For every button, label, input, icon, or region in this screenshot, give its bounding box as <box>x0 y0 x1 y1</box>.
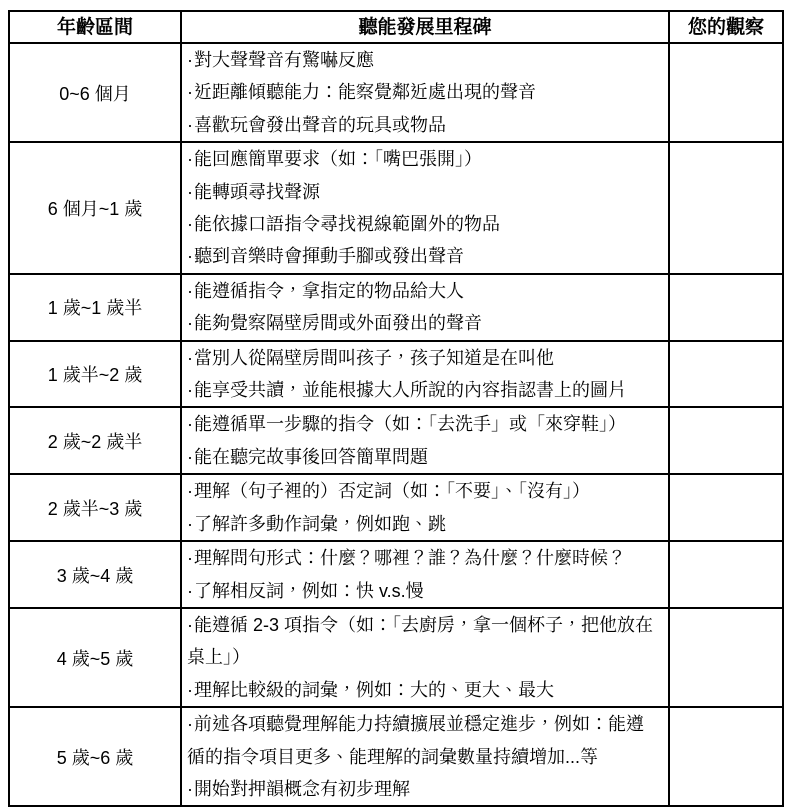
milestone-item: ·能依據口語指令尋找視線範圍外的物品 <box>187 208 656 240</box>
table-row: 2 歲半~3 歲·理解（句子裡的）否定詞（如：「不要」、「沒有」）·了解許多動作… <box>9 474 783 541</box>
header-age-range: 年齡區間 <box>9 11 181 43</box>
table-row: 6 個月~1 歲·能回應簡單要求（如：「嘴巴張開」）·能轉頭尋找聲源·能依據口語… <box>9 142 783 274</box>
bullet-dot: · <box>187 348 193 368</box>
milestones-cell: ·當別人從隔壁房間叫孩子，孩子知道是在叫他·能享受共讀，並能根據大人所說的內容指… <box>181 341 669 408</box>
table-body: 0~6 個月·對大聲聲音有驚嚇反應·近距離傾聽能力：能察覺鄰近處出現的聲音·喜歡… <box>9 43 783 787</box>
milestone-text: 能遵循 2-3 項指令（如：「去廚房，拿一個杯子，把他放在桌上」） <box>187 615 653 667</box>
milestone-text: 對大聲聲音有驚嚇反應 <box>194 50 374 70</box>
observation-cell[interactable] <box>669 407 783 474</box>
milestones-cell: ·能回應簡單要求（如：「嘴巴張開」）·能轉頭尋找聲源·能依據口語指令尋找視線範圍… <box>181 142 669 274</box>
milestone-text: 開始對押韻概念有初步理解 <box>194 779 410 787</box>
milestone-item: ·當別人從隔壁房間叫孩子，孩子知道是在叫他 <box>187 342 656 374</box>
bullet-dot: · <box>187 115 193 135</box>
table-row: 1 歲~1 歲半·能遵循指令，拿指定的物品給大人·能夠覺察隔壁房間或外面發出的聲… <box>9 274 783 341</box>
milestone-item: ·能回應簡單要求（如：「嘴巴張開」） <box>187 143 656 175</box>
milestone-item: ·前述各項聽覺理解能力持續擴展並穩定進步，例如：能遵循的指令項目更多、能理解的詞… <box>187 708 656 773</box>
milestone-item: ·理解問句形式：什麼？哪裡？誰？為什麼？什麼時候？ <box>187 542 656 574</box>
age-range-cell: 2 歲~2 歲半 <box>9 407 181 474</box>
milestone-item: ·能遵循 2-3 項指令（如：「去廚房，拿一個杯子，把他放在桌上」） <box>187 609 656 674</box>
milestone-item: ·能在聽完故事後回答簡單問題 <box>187 441 656 473</box>
table-row: 5 歲~6 歲·前述各項聽覺理解能力持續擴展並穩定進步，例如：能遵循的指令項目更… <box>9 707 783 787</box>
milestone-item: ·能遵循單一步驟的指令（如：「去洗手」或「來穿鞋」） <box>187 408 656 440</box>
age-range-cell: 5 歲~6 歲 <box>9 707 181 787</box>
milestones-cell: ·理解問句形式：什麼？哪裡？誰？為什麼？什麼時候？·了解相反詞，例如：快 v.s… <box>181 541 669 608</box>
milestone-text: 能在聽完故事後回答簡單問題 <box>194 447 428 467</box>
age-range-cell: 1 歲半~2 歲 <box>9 341 181 408</box>
hearing-milestones-table: 年齡區間 聽能發展里程碑 您的觀察 0~6 個月·對大聲聲音有驚嚇反應·近距離傾… <box>8 10 784 787</box>
age-range-cell: 0~6 個月 <box>9 43 181 142</box>
milestones-cell: ·能遵循單一步驟的指令（如：「去洗手」或「來穿鞋」）·能在聽完故事後回答簡單問題 <box>181 407 669 474</box>
bullet-dot: · <box>187 615 193 635</box>
observation-cell[interactable] <box>669 707 783 787</box>
age-range-cell: 6 個月~1 歲 <box>9 142 181 274</box>
table-row: 1 歲半~2 歲·當別人從隔壁房間叫孩子，孩子知道是在叫他·能享受共讀，並能根據… <box>9 341 783 408</box>
observation-cell[interactable] <box>669 142 783 274</box>
observation-cell[interactable] <box>669 274 783 341</box>
bullet-dot: · <box>187 214 193 234</box>
milestone-item: ·近距離傾聽能力：能察覺鄰近處出現的聲音 <box>187 76 656 108</box>
bullet-dot: · <box>187 313 193 333</box>
milestone-item: ·聽到音樂時會揮動手腳或發出聲音 <box>187 240 656 272</box>
milestone-text: 當別人從隔壁房間叫孩子，孩子知道是在叫他 <box>194 348 554 368</box>
milestones-cell: ·理解（句子裡的）否定詞（如：「不要」、「沒有」）·了解許多動作詞彙，例如跑、跳 <box>181 474 669 541</box>
milestone-item: ·對大聲聲音有驚嚇反應 <box>187 44 656 76</box>
milestone-text: 能依據口語指令尋找視線範圍外的物品 <box>194 214 500 234</box>
observation-cell[interactable] <box>669 43 783 142</box>
table-row: 0~6 個月·對大聲聲音有驚嚇反應·近距離傾聽能力：能察覺鄰近處出現的聲音·喜歡… <box>9 43 783 142</box>
milestones-cell: ·能遵循指令，拿指定的物品給大人·能夠覺察隔壁房間或外面發出的聲音 <box>181 274 669 341</box>
milestones-cell: ·能遵循 2-3 項指令（如：「去廚房，拿一個杯子，把他放在桌上」）·理解比較級… <box>181 608 669 707</box>
milestones-cell: ·對大聲聲音有驚嚇反應·近距離傾聽能力：能察覺鄰近處出現的聲音·喜歡玩會發出聲音… <box>181 43 669 142</box>
bullet-dot: · <box>187 82 193 102</box>
milestone-item: ·開始對押韻概念有初步理解 <box>187 773 656 787</box>
bullet-dot: · <box>187 182 193 202</box>
milestone-text: 近距離傾聽能力：能察覺鄰近處出現的聲音 <box>194 82 536 102</box>
observation-cell[interactable] <box>669 341 783 408</box>
milestone-item: ·喜歡玩會發出聲音的玩具或物品 <box>187 109 656 141</box>
milestone-text: 能遵循指令，拿指定的物品給大人 <box>194 281 464 301</box>
milestone-text: 能遵循單一步驟的指令（如：「去洗手」或「來穿鞋」） <box>194 414 626 434</box>
milestone-text: 能享受共讀，並能根據大人所說的內容指認書上的圖片 <box>194 380 626 400</box>
milestone-item: ·能夠覺察隔壁房間或外面發出的聲音 <box>187 307 656 339</box>
bullet-dot: · <box>187 149 193 169</box>
observation-cell[interactable] <box>669 541 783 608</box>
bullet-dot: · <box>187 50 193 70</box>
bullet-dot: · <box>187 680 193 700</box>
milestone-item: ·能享受共讀，並能根據大人所說的內容指認書上的圖片 <box>187 374 656 406</box>
milestone-text: 能回應簡單要求（如：「嘴巴張開」） <box>194 149 482 169</box>
milestone-item: ·理解比較級的詞彙，例如：大的、更大、最大 <box>187 674 656 706</box>
header-milestones: 聽能發展里程碑 <box>181 11 669 43</box>
age-range-cell: 3 歲~4 歲 <box>9 541 181 608</box>
milestone-text: 聽到音樂時會揮動手腳或發出聲音 <box>194 246 464 266</box>
bullet-dot: · <box>187 714 193 734</box>
milestone-item: ·能遵循指令，拿指定的物品給大人 <box>187 275 656 307</box>
header-row: 年齡區間 聽能發展里程碑 您的觀察 <box>9 11 783 43</box>
milestone-text: 了解相反詞，例如：快 v.s.慢 <box>194 581 424 601</box>
table-header: 年齡區間 聽能發展里程碑 您的觀察 <box>9 11 783 43</box>
bullet-dot: · <box>187 481 193 501</box>
milestone-text: 喜歡玩會發出聲音的玩具或物品 <box>194 115 446 135</box>
bullet-dot: · <box>187 380 193 400</box>
bullet-dot: · <box>187 779 193 787</box>
milestone-text: 了解許多動作詞彙，例如跑、跳 <box>194 514 446 534</box>
observation-cell[interactable] <box>669 608 783 707</box>
table-row: 2 歲~2 歲半·能遵循單一步驟的指令（如：「去洗手」或「來穿鞋」）·能在聽完故… <box>9 407 783 474</box>
milestone-text: 理解比較級的詞彙，例如：大的、更大、最大 <box>194 680 554 700</box>
milestone-text: 理解（句子裡的）否定詞（如：「不要」、「沒有」） <box>194 481 590 501</box>
header-observation: 您的觀察 <box>669 11 783 43</box>
age-range-cell: 1 歲~1 歲半 <box>9 274 181 341</box>
age-range-cell: 2 歲半~3 歲 <box>9 474 181 541</box>
milestone-item: ·理解（句子裡的）否定詞（如：「不要」、「沒有」） <box>187 475 656 507</box>
bullet-dot: · <box>187 581 193 601</box>
table-row: 4 歲~5 歲·能遵循 2-3 項指令（如：「去廚房，拿一個杯子，把他放在桌上」… <box>9 608 783 707</box>
milestones-cell: ·前述各項聽覺理解能力持續擴展並穩定進步，例如：能遵循的指令項目更多、能理解的詞… <box>181 707 669 787</box>
bullet-dot: · <box>187 246 193 266</box>
milestone-item: ·了解相反詞，例如：快 v.s.慢 <box>187 575 656 607</box>
bullet-dot: · <box>187 281 193 301</box>
table-row: 3 歲~4 歲·理解問句形式：什麼？哪裡？誰？為什麼？什麼時候？·了解相反詞，例… <box>9 541 783 608</box>
milestone-item: ·能轉頭尋找聲源 <box>187 176 656 208</box>
milestone-text: 能夠覺察隔壁房間或外面發出的聲音 <box>194 313 482 333</box>
bullet-dot: · <box>187 414 193 434</box>
milestone-text: 能轉頭尋找聲源 <box>194 182 320 202</box>
age-range-cell: 4 歲~5 歲 <box>9 608 181 707</box>
milestone-text: 前述各項聽覺理解能力持續擴展並穩定進步，例如：能遵循的指令項目更多、能理解的詞彙… <box>187 714 644 766</box>
bullet-dot: · <box>187 514 193 534</box>
observation-cell[interactable] <box>669 474 783 541</box>
bullet-dot: · <box>187 548 193 568</box>
milestone-text: 理解問句形式：什麼？哪裡？誰？為什麼？什麼時候？ <box>194 548 626 568</box>
milestone-item: ·了解許多動作詞彙，例如跑、跳 <box>187 508 656 540</box>
bullet-dot: · <box>187 447 193 467</box>
